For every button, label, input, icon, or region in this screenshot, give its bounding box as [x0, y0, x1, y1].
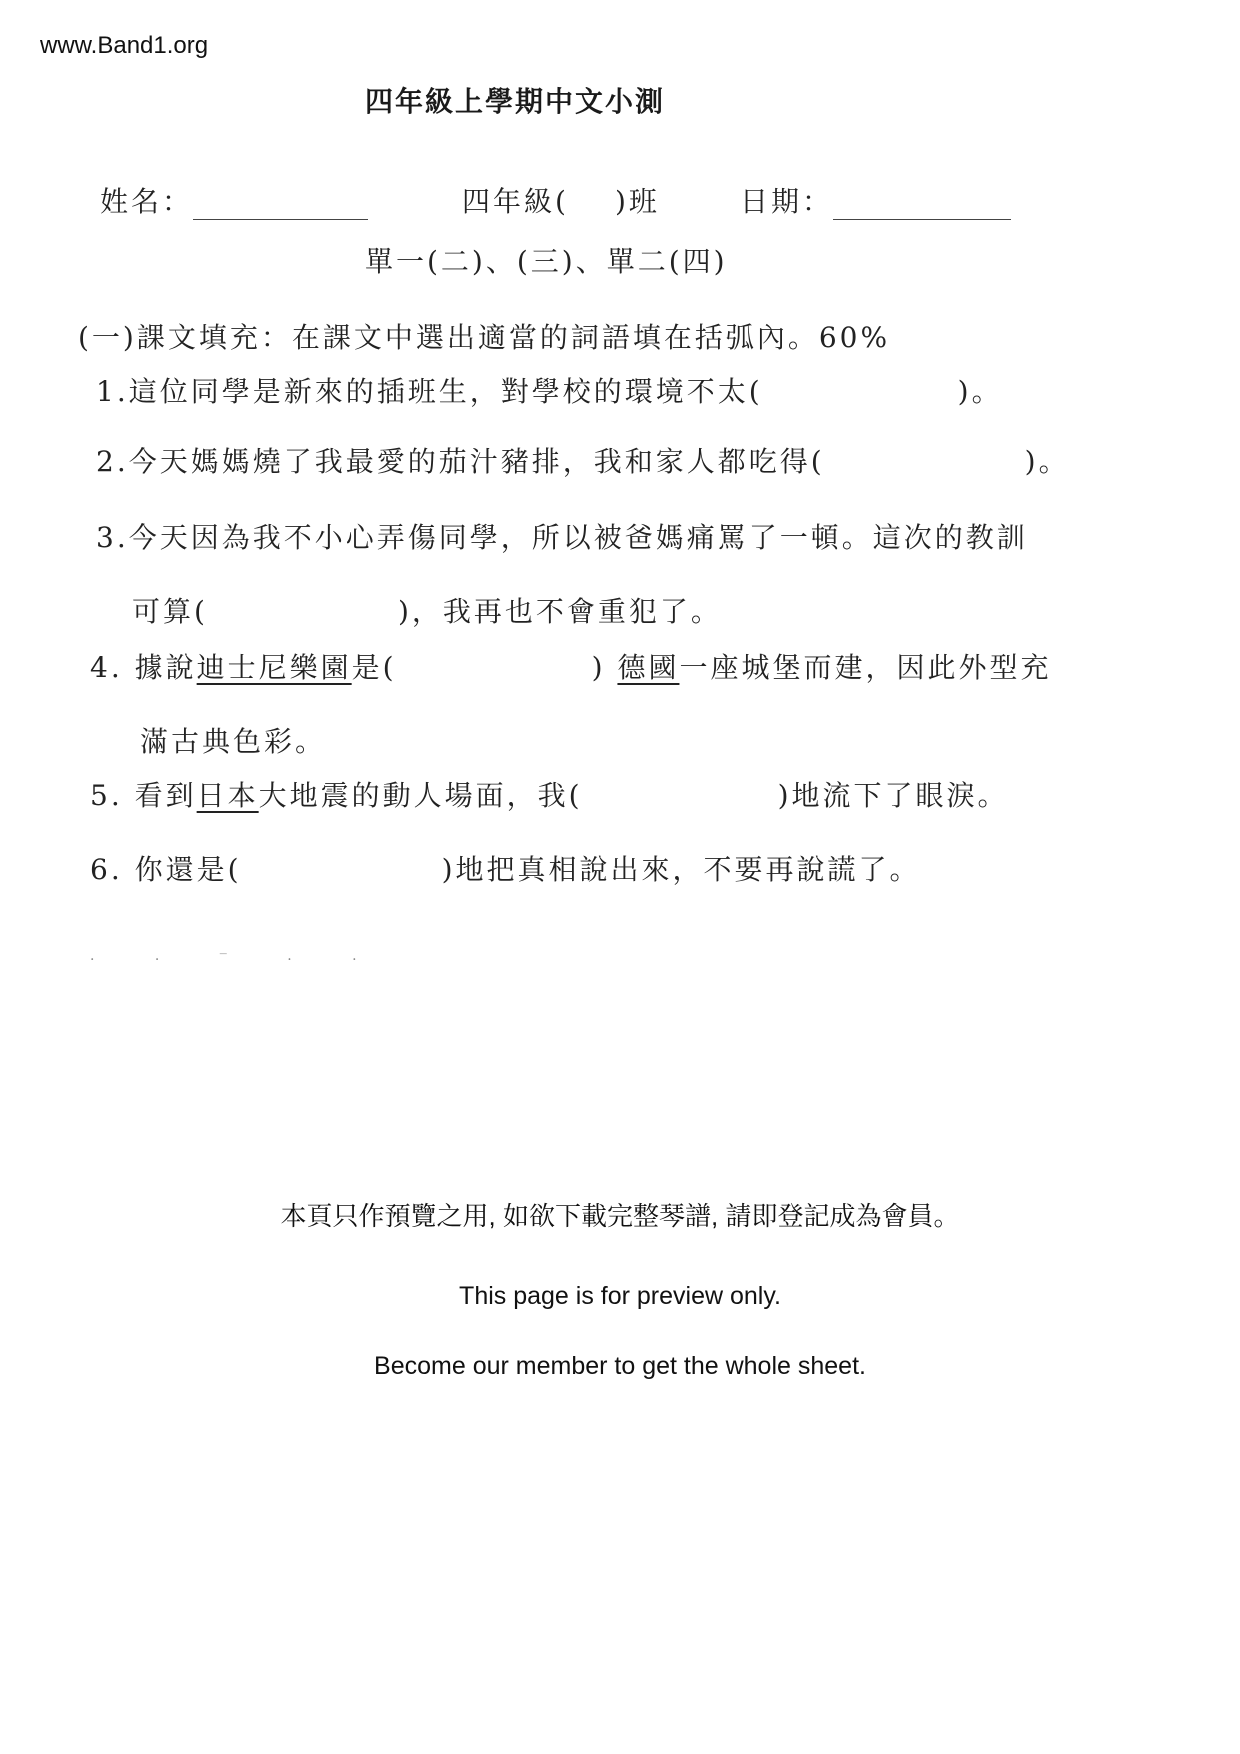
question-text: 據說 [135, 651, 197, 684]
paren-close: ) [592, 651, 606, 684]
question-text-end: )。 [958, 375, 1003, 408]
question-number: 1. [96, 375, 129, 408]
question-text: 你還是( [135, 853, 242, 886]
grade-label: 四年級( [462, 185, 569, 218]
question-text-end: )地把真相說出來，不要再說謊了。 [442, 853, 921, 886]
question-4: 4. 據說迪士尼樂園是() 德國一座城堡而建，因此外型充 [90, 646, 1051, 686]
site-url: www.Band1.org [40, 32, 208, 60]
question-text: 大地震的動人場面，我( [259, 779, 583, 812]
question-6: 6. 你還是()地把真相說出來，不要再說謊了。 [90, 848, 921, 888]
question-3-line2: 可算()，我再也不會重犯了。 [132, 590, 722, 630]
question-number: 5. [90, 779, 123, 812]
question-text: 這位同學是新來的插班生，對學校的環境不太( [129, 375, 763, 408]
question-text: 今天因為我不小心弄傷同學，所以被爸媽痛罵了一頓。這次的教訓 [129, 521, 1028, 554]
section-heading: (一)課文填充：在課文中選出適當的詞語填在括弧內。60% [78, 316, 890, 356]
question-text-end: )地流下了眼淚。 [778, 779, 1009, 812]
date-field-row: 日期： [740, 180, 1011, 220]
date-label: 日期： [740, 185, 833, 218]
preview-notice-english: This page is for preview only. [0, 1282, 1240, 1311]
page-title: 四年級上學期中文小測 [365, 80, 665, 120]
question-5: 5. 看到日本大地震的動人場面，我()地流下了眼淚。 [90, 774, 1009, 814]
units-subtitle: 單一(二)、(三)、單二(四) [365, 240, 728, 280]
name-blank[interactable] [193, 193, 368, 220]
question-4-line2: 滿古典色彩。 [140, 720, 326, 760]
question-text-end: 一座城堡而建，因此外型充 [679, 651, 1051, 684]
question-number: 4. [90, 651, 123, 684]
proper-noun-disneyland: 迪士尼樂園 [197, 651, 352, 684]
proper-noun-japan: 日本 [197, 779, 259, 812]
scan-artifact: · · ‾ · · [90, 952, 385, 968]
question-text: 看到 [135, 779, 197, 812]
question-text-end: )，我再也不會重犯了。 [398, 595, 722, 628]
question-number: 6. [90, 853, 123, 886]
question-text: 今天媽媽燒了我最愛的茄汁豬排，我和家人都吃得( [129, 445, 825, 478]
question-text-end: )。 [1025, 445, 1070, 478]
name-field-row: 姓名： [100, 180, 368, 220]
question-2: 2.今天媽媽燒了我最愛的茄汁豬排，我和家人都吃得()。 [96, 440, 1070, 480]
question-number: 2. [96, 445, 129, 478]
question-text: 是( [352, 651, 397, 684]
question-1: 1.這位同學是新來的插班生，對學校的環境不太()。 [96, 370, 1003, 410]
question-number: 3. [96, 521, 129, 554]
question-3: 3.今天因為我不小心弄傷同學，所以被爸媽痛罵了一頓。這次的教訓 [96, 516, 1028, 556]
preview-notice-chinese: 本頁只作預覽之用, 如欲下載完整琴譜, 請即登記成為會員。 [0, 1196, 1240, 1233]
membership-notice: Become our member to get the whole sheet… [0, 1352, 1240, 1381]
name-label: 姓名： [100, 185, 193, 218]
class-field-row: 四年級()班 [462, 180, 660, 220]
question-text: 可算( [132, 595, 208, 628]
proper-noun-germany: 德國 [617, 651, 679, 684]
class-label: )班 [615, 185, 660, 218]
date-blank[interactable] [833, 193, 1011, 220]
